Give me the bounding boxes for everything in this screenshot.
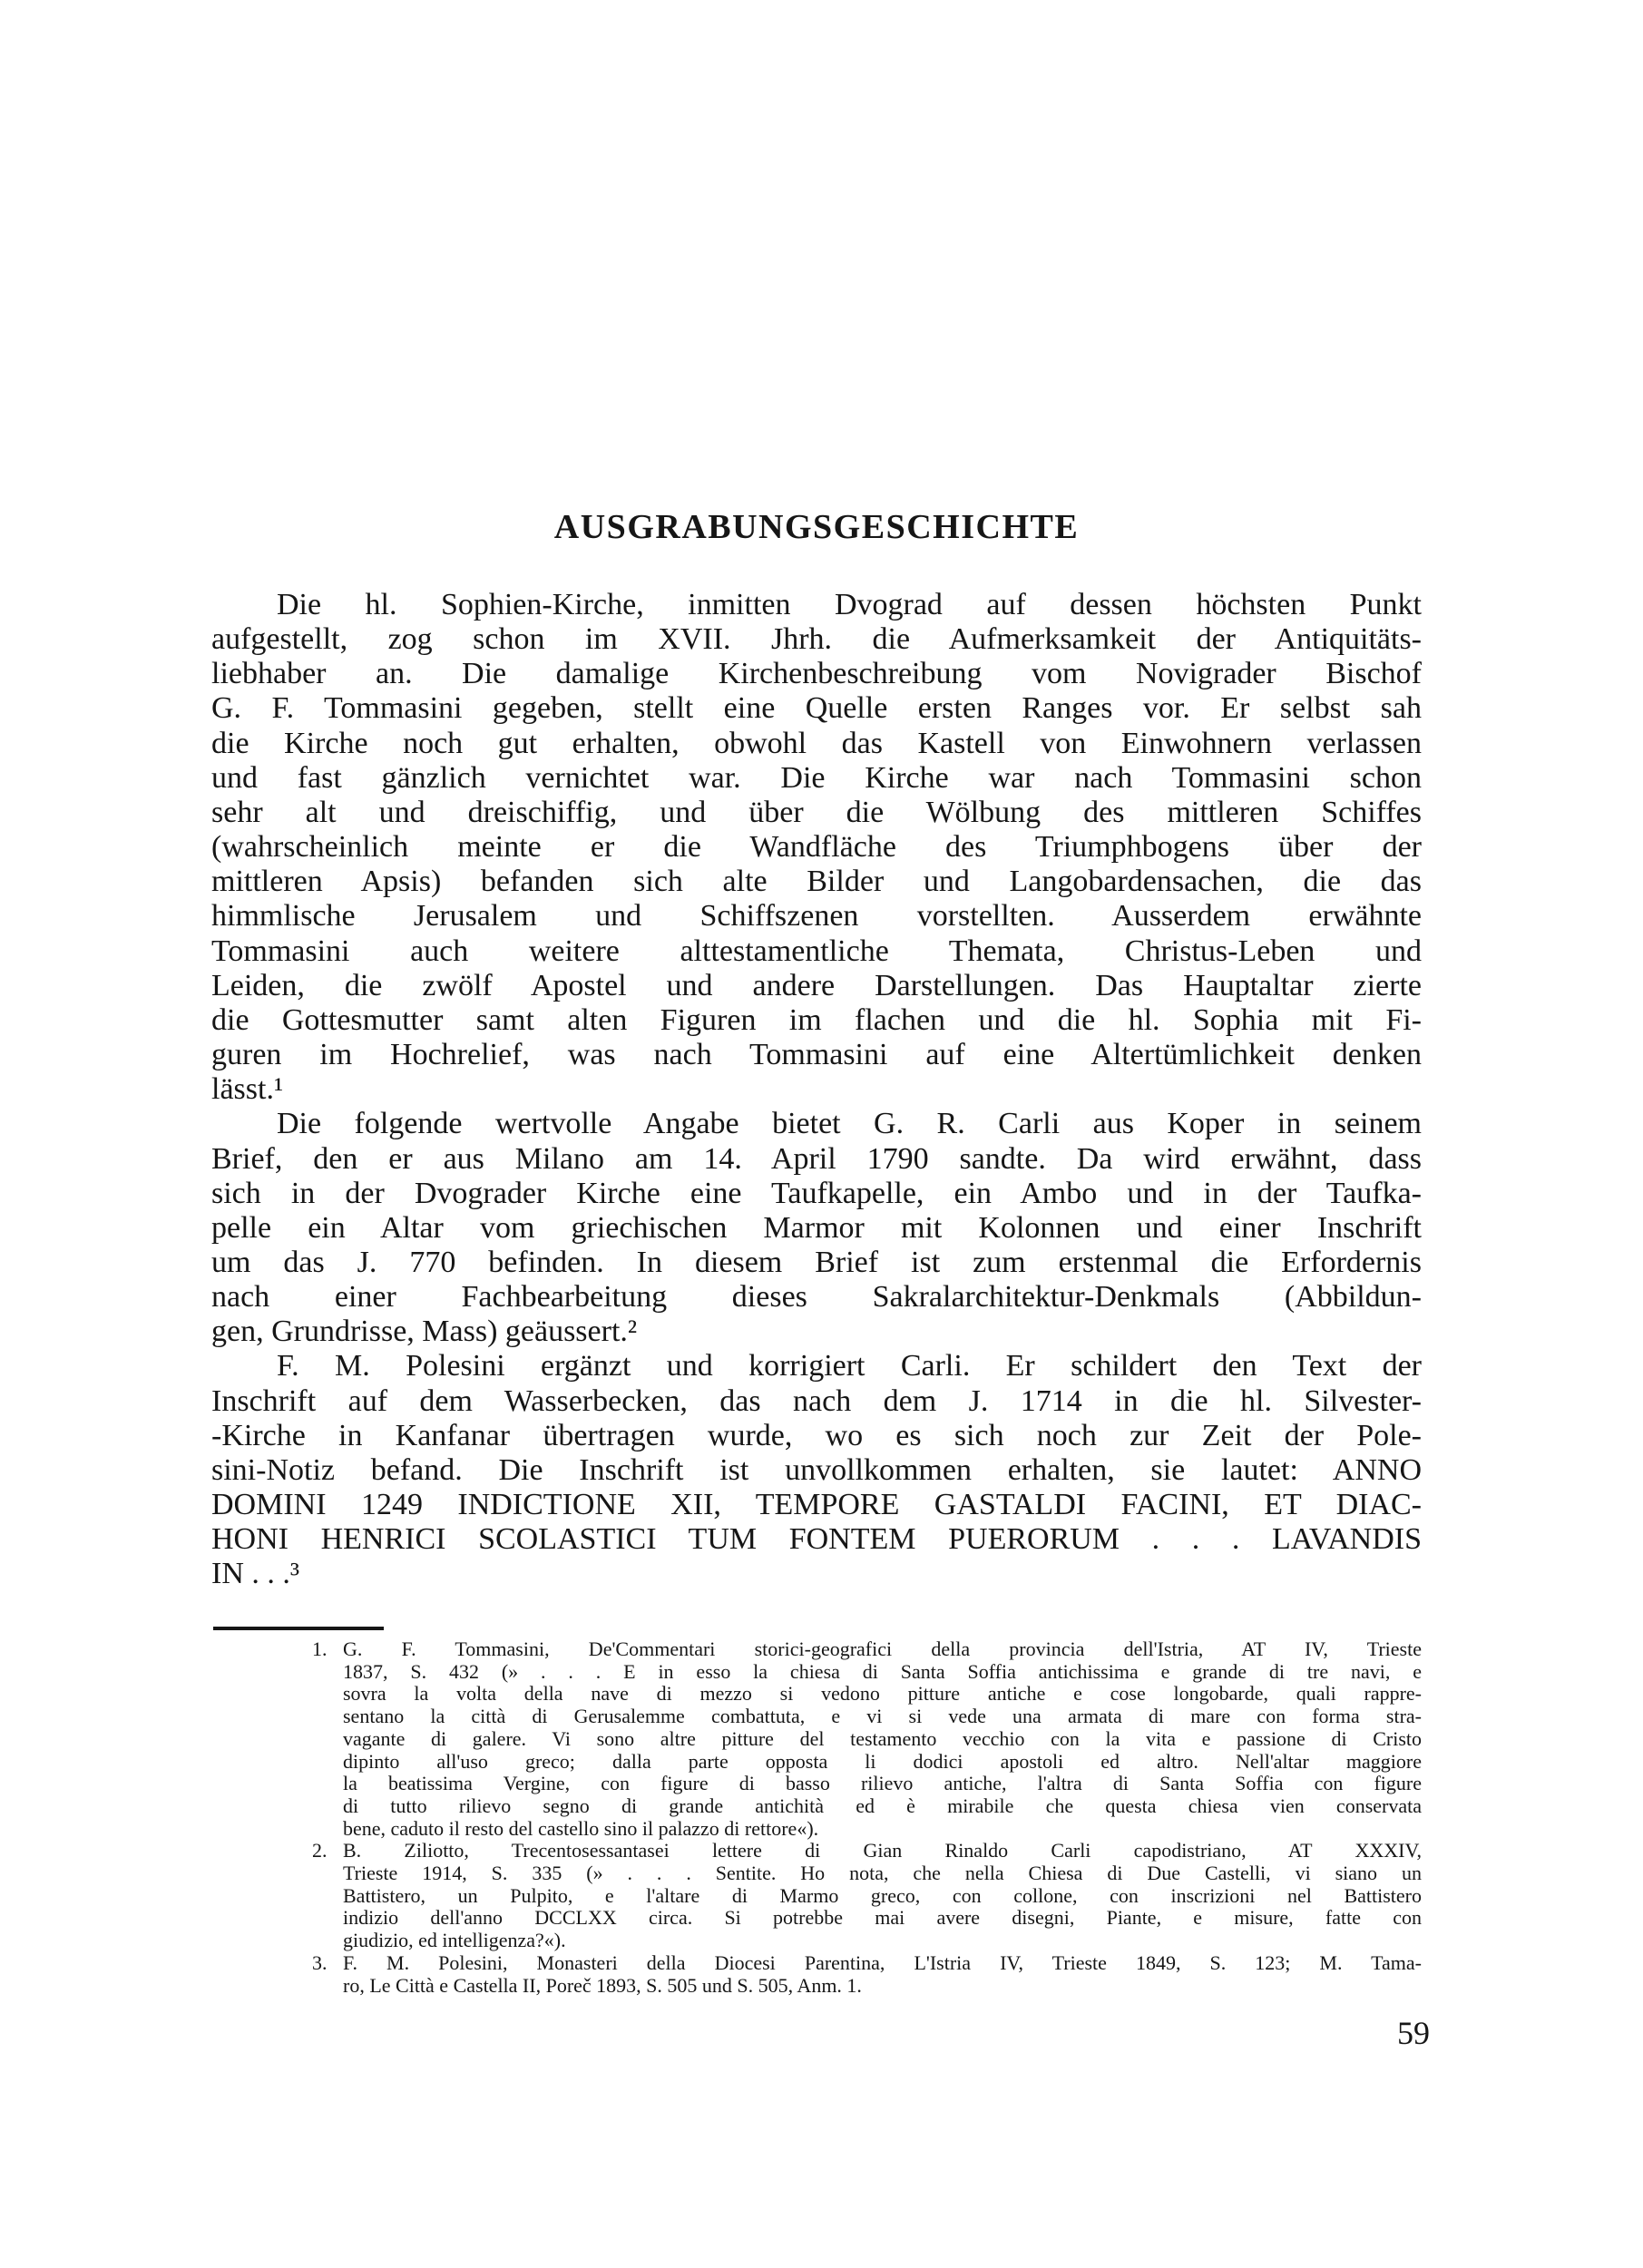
text-line: Inschrift auf dem Wasserbecken, das nach… <box>211 1384 1422 1419</box>
text-line: Trieste 1914, S. 335 (» . . . Sentite. H… <box>343 1862 1422 1885</box>
text-line: Tommasini auch weitere alttestamentliche… <box>211 934 1422 969</box>
text-line: nach einer Fachbearbeitung dieses Sakral… <box>211 1280 1422 1315</box>
footnote-number: 1. <box>312 1638 341 1661</box>
page-title: AUSGRABUNGSGESCHICHTE <box>211 508 1422 546</box>
text-line: Die hl. Sophien-Kirche, inmitten Dvograd… <box>211 588 1422 622</box>
footnotes: 1. G. F. Tommasini, De'Commentari storic… <box>343 1638 1422 1997</box>
text-line: himmlische Jerusalem und Schiffszenen vo… <box>211 899 1422 934</box>
text-line: sehr alt und dreischiffig, und über die … <box>211 796 1422 830</box>
text-line: Battistero, un Pulpito, e l'altare di Ma… <box>343 1885 1422 1908</box>
text-line: Brief, den er aus Milano am 14. April 17… <box>211 1142 1422 1177</box>
text-line: -Kirche in Kanfanar übertragen wurde, wo… <box>211 1419 1422 1453</box>
text-line: sini-Notiz befand. Die Inschrift ist unv… <box>211 1453 1422 1488</box>
text-line: mittleren Apsis) befanden sich alte Bild… <box>211 865 1422 899</box>
footnote-text: G. F. Tommasini, De'Commentari storici-g… <box>343 1638 1422 1840</box>
footnote-separator-rule <box>213 1627 384 1630</box>
text-line: sovra la volta della nave di mezzo si ve… <box>343 1683 1422 1706</box>
text-line: sentano la città di Gerusalemme combattu… <box>343 1706 1422 1728</box>
text-line: Die folgende wertvolle Angabe bietet G. … <box>211 1107 1422 1141</box>
paragraph-3: F. M. Polesini ergänzt und korrigiert Ca… <box>211 1349 1422 1591</box>
text-line: la beatissima Vergine, con figure di bas… <box>343 1773 1422 1795</box>
text-line: bene, caduto il resto del castello sino … <box>343 1818 1422 1841</box>
footnote-text: F. M. Polesini, Monasteri della Diocesi … <box>343 1952 1422 1997</box>
text-line: G. F. Tommasini gegeben, stellt eine Que… <box>211 691 1422 726</box>
text-line: F. M. Polesini ergänzt und korrigiert Ca… <box>211 1349 1422 1383</box>
paragraph-2: Die folgende wertvolle Angabe bietet G. … <box>211 1107 1422 1349</box>
footnote-number: 3. <box>312 1952 341 1975</box>
footnote-text: B. Ziliotto, Trecentosessantasei lettere… <box>343 1840 1422 1952</box>
text-line: di tutto rilievo segno di grande antichi… <box>343 1795 1422 1818</box>
text-line: indizio dell'anno DCCLXX circa. Si potre… <box>343 1907 1422 1930</box>
footnote-2: 2. B. Ziliotto, Trecentosessantasei lett… <box>343 1840 1422 1952</box>
page-number: 59 <box>1397 2016 1430 2050</box>
paragraph-1: Die hl. Sophien-Kirche, inmitten Dvograd… <box>211 588 1422 1107</box>
text-line: guren im Hochrelief, was nach Tommasini … <box>211 1038 1422 1072</box>
body-text: Die hl. Sophien-Kirche, inmitten Dvograd… <box>211 588 1422 1592</box>
scanned-book-page: AUSGRABUNGSGESCHICHTE Die hl. Sophien-Ki… <box>0 0 1643 2268</box>
text-line: Leiden, die zwölf Apostel und andere Dar… <box>211 969 1422 1003</box>
text-line: gen, Grundrisse, Mass) geäussert.² <box>211 1315 1422 1349</box>
footnote-1: 1. G. F. Tommasini, De'Commentari storic… <box>343 1638 1422 1840</box>
text-line: (wahrscheinlich meinte er die Wandfläche… <box>211 830 1422 865</box>
text-line: pelle ein Altar vom griechischen Marmor … <box>211 1211 1422 1246</box>
text-line: IN . . .³ <box>211 1557 1422 1591</box>
text-line: HONI HENRICI SCOLASTICI TUM FONTEM PUERO… <box>211 1522 1422 1557</box>
text-line: die Gottesmutter samt alten Figuren im f… <box>211 1003 1422 1038</box>
text-line: und fast gänzlich vernichtet war. Die Ki… <box>211 761 1422 796</box>
footnote-number: 2. <box>312 1840 341 1862</box>
text-line: die Kirche noch gut erhalten, obwohl das… <box>211 727 1422 761</box>
text-line: giudizio, ed intelligenza?«). <box>343 1930 1422 1952</box>
text-line: ro, Le Città e Castella II, Poreč 1893, … <box>343 1975 1422 1998</box>
text-line: vagante di galere. Vi sono altre pitture… <box>343 1728 1422 1751</box>
text-line: F. M. Polesini, Monasteri della Diocesi … <box>343 1952 1422 1975</box>
text-line: aufgestellt, zog schon im XVII. Jhrh. di… <box>211 622 1422 657</box>
text-line: G. F. Tommasini, De'Commentari storici-g… <box>343 1638 1422 1661</box>
footnote-3: 3. F. M. Polesini, Monasteri della Dioce… <box>343 1952 1422 1997</box>
text-line: 1837, S. 432 (» . . . E in esso la chies… <box>343 1661 1422 1684</box>
text-line: B. Ziliotto, Trecentosessantasei lettere… <box>343 1840 1422 1862</box>
text-line: dipinto all'uso greco; dalla parte oppos… <box>343 1751 1422 1774</box>
text-line: liebhaber an. Die damalige Kirchenbeschr… <box>211 657 1422 691</box>
text-line: um das J. 770 befinden. In diesem Brief … <box>211 1246 1422 1280</box>
text-line: lässt.¹ <box>211 1072 1422 1107</box>
text-line: DOMINI 1249 INDICTIONE XII, TEMPORE GAST… <box>211 1488 1422 1522</box>
text-line: sich in der Dvograder Kirche eine Taufka… <box>211 1177 1422 1211</box>
